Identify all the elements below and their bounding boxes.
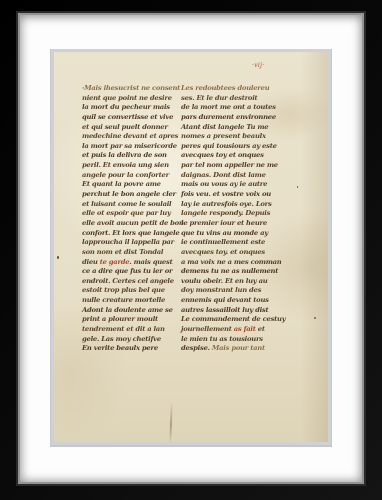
manuscript-line: le mien tu as tousiours <box>181 335 273 345</box>
manuscript-text-segment: la mort du pecheur mais <box>82 103 170 111</box>
manuscript-line: doy monstrant lun des <box>181 286 273 296</box>
manuscript-line: ses. Et le dur destroit <box>181 94 273 104</box>
manuscript-text-segment: Adont la doulente ame se <box>82 306 173 314</box>
manuscript-line: et qui seul puelt donner <box>82 123 174 133</box>
manuscript-line: Le commandement de cestuy <box>181 315 273 325</box>
manuscript-line: perchut le bon angele cler <box>82 190 174 200</box>
manuscript-text-segment: le premier iour et heure <box>181 219 267 227</box>
manuscript-text-segment: voulu obeir. Et en luy au <box>181 277 267 285</box>
manuscript-text-segment: as fait <box>234 325 256 333</box>
manuscript-text-segment: et <box>256 325 265 333</box>
parchment-speck <box>297 186 298 188</box>
manuscript-line: nulle creature mortelle <box>82 296 174 306</box>
manuscript-text-segment: endroit. Certes cel angele <box>82 277 174 285</box>
manuscript-text-segment: nient que point ne desire <box>82 94 172 102</box>
manuscript-line: a ma voix ne a mes comman <box>181 258 273 268</box>
manuscript-line: dieu te garde. mais quest <box>82 258 174 268</box>
manuscript-line: de la mort me ont a toutes <box>181 103 273 113</box>
manuscript-line: mais ou vous ay ie autre <box>181 180 273 190</box>
text-column-right: Les redoubtees doulereuses. Et le dur de… <box>181 84 273 354</box>
manuscript-line: et puis la delivra de son <box>82 151 174 161</box>
manuscript-line: Adont la doulente ame se <box>82 306 174 316</box>
manuscript-line: ennemis qui devant tous <box>181 296 273 306</box>
manuscript-line: langele respondy. Depuis <box>181 209 273 219</box>
manuscript-line: angele pour la conforter <box>82 171 174 181</box>
manuscript-text-segment: son nom et dist Tondal <box>82 248 163 256</box>
manuscript-line: elle avoit aucun petit de bon <box>82 219 174 229</box>
manuscript-line: autres lassailloit luy dist <box>181 306 273 316</box>
manuscript-text-segment: angele pour la conforter <box>82 171 169 179</box>
manuscript-line: print a plourer moult <box>82 315 174 325</box>
manuscript-line: demens tu ne as nullement <box>181 267 273 277</box>
manuscript-text-segment: Le commandement de cestuy <box>181 315 285 323</box>
manuscript-text-segment: Mais ihesucrist ne consent <box>84 84 180 92</box>
manuscript-line: En verite beaulx pere <box>82 344 174 354</box>
manuscript-text-segment: nomes a present beaulx <box>181 132 266 140</box>
manuscript-line: confort. Et lors que langele <box>82 229 174 239</box>
manuscript-text-segment: tendrement et dit a lan <box>82 325 165 333</box>
manuscript-text-segment: pars durement environnee <box>181 113 276 121</box>
manuscript-line: son nom et dist Tondal <box>82 248 174 258</box>
manuscript-text-segment: dieu <box>82 258 100 266</box>
manuscript-line: avecques toy et onques <box>181 151 273 161</box>
manuscript-text-segment: elle avoit aucun petit de bon <box>82 219 184 227</box>
manuscript-text-segment: Mais pour tant <box>212 344 265 352</box>
manuscript-text-segment: autres lassailloit luy dist <box>181 306 268 314</box>
manuscript-text-segment: medechine devant et apres <box>82 132 178 140</box>
manuscript-text-segment: avecques toy et onques <box>181 151 264 159</box>
manuscript-text-segment: a ma voix ne a mes comman <box>181 258 281 266</box>
manuscript-line: elle ot espoir que par luy <box>82 209 174 219</box>
manuscript-text-segment: peril. Et envoia ung sien <box>82 161 169 169</box>
manuscript-line: peres qui tousiours ay este <box>181 142 273 152</box>
manuscript-text-segment: nulle creature mortelle <box>82 296 165 304</box>
manuscript-line: nomes a present beaulx <box>181 132 273 142</box>
manuscript-line: journellement as fait et <box>181 325 273 335</box>
manuscript-line: Les redoubtees doulereu <box>181 84 273 94</box>
manuscript-text-segment: journellement <box>181 325 234 333</box>
manuscript-line: fois veu. et vostre voix ou <box>181 190 273 200</box>
manuscript-text-segment: la mort par sa misericorde <box>82 142 177 150</box>
parchment-speck <box>314 317 316 319</box>
manuscript-line: estoit trop plus bel que <box>82 286 174 296</box>
manuscript-line: voulu obeir. Et en luy au <box>181 277 273 287</box>
manuscript-line: tendrement et dit a lan <box>82 325 174 335</box>
manuscript-text-segment: Les redoubtees doulereu <box>181 84 269 92</box>
manuscript-text-segment: et puis la delivra de son <box>82 151 167 159</box>
manuscript-text-segment: estoit trop plus bel que <box>82 286 165 294</box>
manuscript-text-segment: lapproucha il lappella par <box>82 238 174 246</box>
manuscript-line: lay ie autresfois oye. Lors <box>181 200 273 210</box>
manuscript-text-segment: demens tu ne as nullement <box>181 267 278 275</box>
manuscript-line: Atant dist langele Tu me <box>181 123 273 133</box>
manuscript-line: despise. Mais pour tant <box>181 344 273 354</box>
manuscript-text-segment: gele. Las moy chetifve <box>82 335 161 343</box>
manuscript-text-segment: te garde <box>100 258 130 266</box>
manuscript-text-segment: ce a dire que fus tu ier or <box>82 267 172 275</box>
manuscript-text-segment: peres qui tousiours ay este <box>181 142 277 150</box>
mat-board: ·vij· ·Mais ihesucrist ne consentnient q… <box>20 15 362 482</box>
manuscript-text-segment: doy monstrant lun des <box>181 286 261 294</box>
manuscript-text-segment: de la mort me ont a toutes <box>181 103 276 111</box>
manuscript-line: quil se convertisse et vive <box>82 113 174 123</box>
manuscript-line: medechine devant et apres <box>82 132 174 142</box>
manuscript-line: gele. Las moy chetifve <box>82 335 174 345</box>
manuscript-text-segment: que tu vins au monde ay <box>181 229 268 237</box>
manuscript-line: Et quant la povre ame <box>82 180 174 190</box>
parchment-speck <box>57 256 59 259</box>
manuscript-text-segment: daignas. Dont dist lame <box>181 171 266 179</box>
text-column-left: ·Mais ihesucrist ne consentnient que poi… <box>82 84 174 354</box>
manuscript-line: daignas. Dont dist lame <box>181 171 273 181</box>
manuscript-line: pars durement environnee <box>181 113 273 123</box>
manuscript-text-segment: ennemis qui devant tous <box>181 296 269 304</box>
manuscript-text-segment: ie continuellement este <box>181 238 265 246</box>
manuscript-text-segment: elle ot espoir que par luy <box>82 209 171 217</box>
manuscript-text-segment: fois veu. et vostre voix ou <box>181 190 271 198</box>
manuscript-text-segment: avecques toy. et onques <box>181 248 265 256</box>
manuscript-text-segment: En verite beaulx pere <box>82 344 158 352</box>
folio-number: ·vij· <box>252 62 292 69</box>
manuscript-line: ie continuellement este <box>181 238 273 248</box>
manuscript-line: endroit. Certes cel angele <box>82 277 174 287</box>
manuscript-text-segment: Et quant la povre ame <box>82 180 161 188</box>
manuscript-text-segment: par tel nom appeller ne me <box>181 161 278 169</box>
manuscript-line: ·Mais ihesucrist ne consent <box>82 84 174 94</box>
manuscript-text-segment: langele respondy. Depuis <box>181 209 270 217</box>
manuscript-text-segment: ses. Et le dur destroit <box>181 94 257 102</box>
manuscript-line: la mort du pecheur mais <box>82 103 174 113</box>
manuscript-page: ·vij· ·Mais ihesucrist ne consentnient q… <box>54 52 328 442</box>
manuscript-line: que tu vins au monde ay <box>181 229 273 239</box>
manuscript-text-segment: mais ou vous ay ie autre <box>181 180 267 188</box>
manuscript-text-segment: lay ie autresfois oye. Lors <box>181 200 272 208</box>
manuscript-line: et luisant come le soulail <box>82 200 174 210</box>
manuscript-text-segment: . mais quest <box>129 258 172 266</box>
manuscript-line: le premier iour et heure <box>181 219 273 229</box>
manuscript-text-segment: et qui seul puelt donner <box>82 123 168 131</box>
manuscript-line: lapproucha il lappella par <box>82 238 174 248</box>
manuscript-text-segment: Atant dist langele Tu me <box>181 123 268 131</box>
manuscript-line: peril. Et envoia ung sien <box>82 161 174 171</box>
manuscript-text-segment: confort. Et lors que langele <box>82 229 179 237</box>
parchment-crease <box>169 402 172 444</box>
manuscript-text-segment: quil se convertisse et vive <box>82 113 173 121</box>
manuscript-text-segment: le mien tu as tousiours <box>181 335 263 343</box>
manuscript-text-segment: despise. <box>181 344 212 352</box>
manuscript-text-segment: perchut le bon angele cler <box>82 190 176 198</box>
manuscript-line: la mort par sa misericorde <box>82 142 174 152</box>
manuscript-line: par tel nom appeller ne me <box>181 161 273 171</box>
manuscript-text-segment: print a plourer moult <box>82 315 158 323</box>
manuscript-line: nient que point ne desire <box>82 94 174 104</box>
manuscript-line: avecques toy. et onques <box>181 248 273 258</box>
manuscript-line: ce a dire que fus tu ier or <box>82 267 174 277</box>
manuscript-text-segment: et luisant come le soulail <box>82 200 171 208</box>
